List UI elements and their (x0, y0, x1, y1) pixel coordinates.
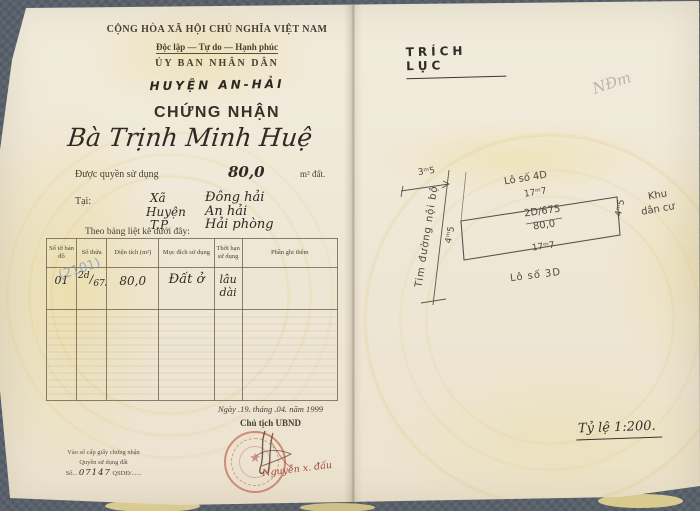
col-header-muc-dich: Mục đích sử dụng (159, 239, 214, 268)
national-header: CỘNG HÒA XÃ HỘI CHỦ NGHĨA VIỆT NAM (92, 24, 342, 35)
page-fold-crease (344, 0, 362, 511)
registry-line2: Quyền sử dụng đất (36, 458, 171, 468)
issuer-name: ỦY BAN NHÂN DÂN (92, 58, 342, 69)
area-line-prefix: Được quyền sử dụng (75, 169, 159, 180)
registry-number-prefix: Số... (66, 470, 78, 477)
registry-number: 07147 (79, 468, 111, 478)
certificate-paper: CỘNG HÒA XÃ HỘI CHỦ NGHĨA VIỆT NAM Độc l… (0, 0, 700, 511)
offset-dimension-line (401, 184, 449, 191)
cell-ghi-them (242, 268, 337, 310)
scanned-land-certificate: CỘNG HÒA XÃ HỘI CHỦ NGHĨA VIỆT NAM Độc l… (0, 0, 700, 511)
location-city-value: Hải phòng (205, 217, 274, 232)
so-thua-denominator: 675 (93, 279, 106, 289)
district-name-handwritten: HUYỆN AN-HẢI (92, 76, 342, 94)
area-value: 80,0 (228, 163, 265, 181)
registry-line1: Vào sổ cấp giấy chứng nhận (36, 448, 171, 458)
motto-text: Độc lập — Tự do — Hạnh phúc (156, 42, 278, 54)
table-empty-row (47, 310, 338, 401)
area-line-suffix: m² đất. (300, 169, 325, 179)
location-district-label: Huyện (146, 205, 186, 219)
col-header-ghi-them: Phần ghi thêm (242, 239, 337, 268)
cell-muc-dich: Đất ở (159, 268, 214, 310)
table-intro: Theo bảng liệt kê dưới đây: (85, 227, 190, 237)
col-header-dien-tich: Diện tích (m²) (107, 239, 159, 268)
location-commune-value: Đông hải (205, 190, 264, 205)
registry-number-line: Số... 07147 QSDĐ/...... (36, 467, 171, 480)
national-motto: Độc lập — Tự do — Hạnh phúc (92, 37, 342, 55)
location-commune-label: Xã (150, 191, 166, 205)
date-line: Ngày .19. tháng .04. năm 1999 (198, 404, 343, 414)
extract-title: TRÍCH LỤC (406, 43, 507, 80)
paper-edge-blob (300, 503, 375, 511)
scale-note: Tỷ lệ 1:200. (576, 419, 662, 441)
col-header-thoi-han: Thời hạn sử dụng (214, 239, 242, 268)
pencil-scribble: NĐm (590, 68, 633, 97)
parcel-extension-line (461, 172, 466, 221)
holder-name: Bà Trịnh Minh Huệ (38, 123, 341, 152)
registry-number-suffix: QSDĐ/...... (113, 470, 142, 477)
cell-thoi-han: lâu dài (214, 268, 242, 310)
certificate-title: CHỨNG NHẬN (92, 104, 342, 122)
at-label: Tại: (75, 196, 91, 207)
cell-dien-tich: 80,0 (107, 268, 159, 310)
offset-extension-tick (401, 186, 403, 197)
chairman-title: Chủ tịch UBND (198, 418, 343, 428)
registry-note: Vào sổ cấp giấy chứng nhận Quyền sử dụng… (36, 448, 171, 480)
